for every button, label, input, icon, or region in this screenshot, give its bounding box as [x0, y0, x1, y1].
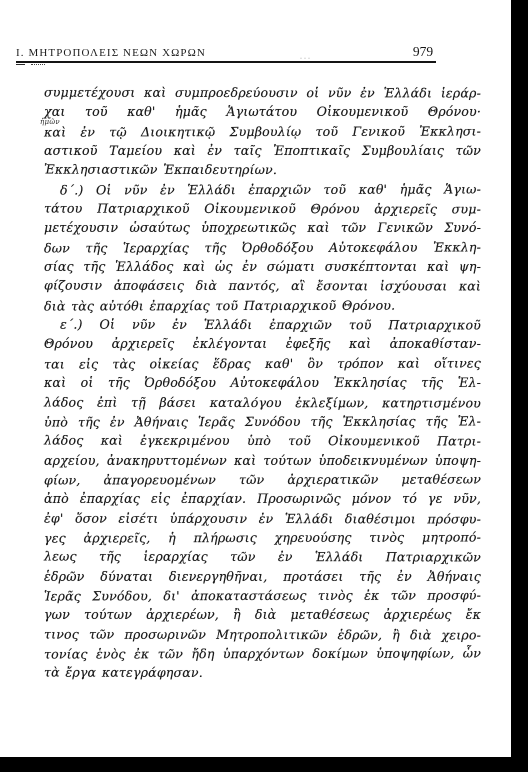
handwritten-line: τὰ ἔργα κατεγράφησαν. [44, 663, 481, 683]
scan-speck: ··· [300, 56, 312, 62]
handwritten-line: ὑπὸ τῆς ἐν Ἀθήναις Ἱερᾶς Συνόδου τῆς Ἐκκ… [44, 411, 481, 431]
handwritten-line: σίας τῆς Ἑλλάδος καὶ ὡς ἐν σώματι συσκέπ… [44, 257, 481, 276]
handwritten-line: γων τούτων ἀρχιερέων, ἢ διὰ μεταθέσεως ἀ… [44, 605, 481, 624]
handwritten-line: ται εἰς τὰς οἰκείας ἕδρας καθ' ὃν τρόπον… [44, 353, 481, 373]
scan-border-bottom [0, 757, 528, 772]
handwritten-line: Ἱερᾶς Συνόδου, δι' ἀποκαταστάσεως τινὸς … [44, 585, 481, 605]
handwritten-line: χαι τοῦ καθ' ἡμᾶς Ἁγιωτάτου Οἰκουμενικοῦ… [44, 102, 481, 121]
header-rule-dotted-mark [31, 64, 45, 65]
handwritten-line: ἐφ' ὅσον εἰσέτι ὑπάρχουσιν ἐν Ἑλλάδι δια… [44, 508, 481, 528]
handwritten-line: καὶ ἐν τῷ Διοικητικῷ Συμβουλίῳ τοῦ Γενικ… [44, 121, 481, 141]
handwritten-line: ἑδρῶν δύναται διενεργηθῆναι, προτάσει τῆ… [44, 567, 481, 586]
handwritten-line: τάτου Πατριαρχικοῦ Οἰκουμενικοῦ Θρόνου ἀ… [44, 199, 481, 219]
handwritten-line: γες ἀρχιερεῖς, ἡ πλήρωσις χηρευούσης τιν… [44, 527, 481, 547]
handwritten-line: φίζουσιν ἀποφάσεις διὰ παντός, αἳ ἔσοντα… [44, 276, 481, 296]
header-rule-under-numeral [16, 64, 25, 65]
handwritten-line: διὰ τὰς αὐτόθι ἐπαρχίας τοῦ Πατριαρχικοῦ… [44, 295, 481, 315]
running-head-title: Ι. ΜΗΤΡΟΠΟΛΕΙΣ ΝΕΩΝ ΧΩΡΩΝ [16, 47, 206, 59]
page-number: 979 [410, 44, 436, 60]
scan-border-right [511, 0, 528, 772]
handwritten-line: λάδος ἐπὶ τῇ βάσει καταλόγου ἐκλεξίμων, … [44, 392, 481, 412]
handwritten-text-block: συμμετέχουσι καὶ συμπροεδρεύουσιν οἱ νῦν… [44, 83, 481, 683]
handwritten-line: ἀπὸ ἐπαρχίας εἰς ἐπαρχίαν. Προσωρινῶς μό… [44, 489, 481, 508]
handwritten-line: λεως τῆς ἱεραρχίας τῶν ἐν Ἑλλάδι Πατριαρ… [44, 547, 481, 567]
handwritten-line: δ΄.) Οἱ νῦν ἐν Ἑλλάδι ἐπαρχιῶν τοῦ καθ' … [44, 179, 481, 199]
handwritten-line: τονίας ἑνὸς ἐκ τῶν ἤδη ὑπαρχόντων δοκίμω… [44, 643, 481, 663]
handwritten-line: καὶ οἱ τῆς Ὀρθοδόξου Αὐτοκεφάλου Ἐκκλησί… [44, 373, 481, 392]
handwritten-line: δων τῆς Ἱεραρχίας τῆς Ὀρθοδόξου Αὐτοκεφά… [44, 237, 481, 257]
handwritten-line: Θρόνου ἀρχιερεῖς ἐκλέγονται ἐφεξῆς καὶ ἀ… [44, 334, 481, 353]
handwritten-line: τινος τῶν προσωρινῶν Μητροπολιτικῶν ἑδρῶ… [44, 624, 481, 644]
handwritten-line: συμμετέχουσι καὶ συμπροεδρεύουσιν οἱ νῦν… [44, 83, 481, 103]
handwritten-line: αρχείου, ἀνακηρυττομένων καὶ τούτων ὑποδ… [44, 451, 481, 470]
scanned-manuscript-page: Ι. ΜΗΤΡΟΠΟΛΕΙΣ ΝΕΩΝ ΧΩΡΩΝ 979 ··· ἡμῶν σ… [0, 0, 528, 772]
handwritten-line: Ἐκκλησιαστικῶν Ἐκπαιδευτηρίων. [44, 160, 481, 180]
handwritten-line: λάδος καὶ ἐγκεκριμένου ὑπὸ τοῦ Οἰκουμενι… [44, 431, 481, 451]
handwritten-line: ε΄.) Οἱ νῦν ἐν Ἑλλάδι ἐπαρχιῶν τοῦ Πατρι… [44, 315, 481, 335]
handwritten-line: αστικοῦ Ταμείου καὶ ἐν ταῖς Ἐποπτικαῖς Σ… [44, 141, 481, 160]
handwritten-line: μετέχουσιν ὡσαύτως ὑποχρεωτικῶς καὶ τῶν … [44, 218, 481, 237]
header-rule [16, 61, 436, 63]
handwritten-line: φίων, ἀπαγορευομένων τῶν ἀρχιερατικῶν με… [44, 469, 481, 489]
